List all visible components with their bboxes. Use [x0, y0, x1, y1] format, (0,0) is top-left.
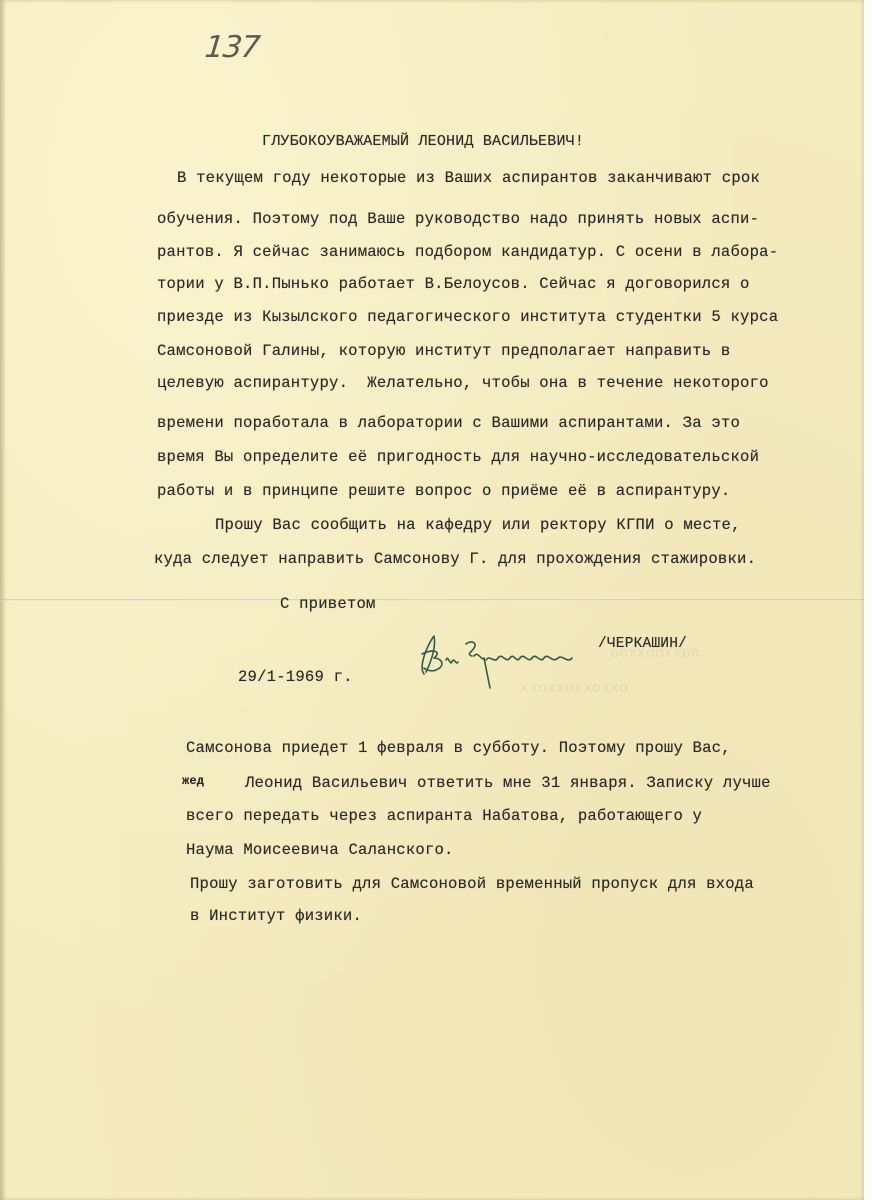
folio-number: 137	[203, 30, 261, 65]
closing: С приветом	[280, 595, 376, 613]
postscript-line: всего передать через аспиранта Набатова,…	[186, 807, 702, 825]
request-line: куда следует направить Самсонову Г. для …	[154, 550, 756, 568]
body-line: Самсоновой Галины, которую институт пред…	[157, 342, 730, 360]
body-line: приезде из Кызылского педагогического ин…	[157, 308, 778, 326]
scan-margin	[864, 0, 872, 1200]
postscript-line: Леонид Васильевич ответить мне 31 января…	[245, 774, 771, 792]
paper-fold-line	[0, 599, 864, 601]
body-line: обучения. Поэтому под Ваше руководство н…	[157, 210, 759, 228]
strikeout-text: жед	[182, 774, 204, 788]
show-through-text: ooxxooxxoo	[610, 645, 700, 662]
body-line: время Вы определите её пригодность для н…	[157, 448, 759, 466]
letter-date: 29/1-1969 г.	[238, 668, 353, 686]
postscript-line: Самсонова приедет 1 февраля в субботу. П…	[186, 739, 731, 757]
salutation: ГЛУБОКОУВАЖАЕМЫЙ ЛЕОНИД ВАСИЛЬЕВИЧ!	[262, 133, 584, 150]
postscript-line: в Институт физики.	[190, 907, 362, 925]
postscript-line: Наума Моисеевича Саланского.	[186, 841, 454, 859]
letter-page: 137 ГЛУБОКОУВАЖАЕМЫЙ ЛЕОНИД ВАСИЛЬЕВИЧ! …	[0, 0, 864, 1200]
show-through-text: xxoxxoxxoxxo	[520, 680, 628, 697]
body-line: В текущем году некоторые из Ваших аспира…	[177, 169, 760, 187]
postscript-line: Прошу заготовить для Самсоновой временны…	[190, 875, 754, 893]
body-line: времени поработала в лаборатории с Вашим…	[157, 414, 740, 432]
body-line: целевую аспирантуру. Желательно, чтобы о…	[157, 374, 769, 392]
body-line: тории у В.П.Пынько работает В.Белоусов. …	[157, 275, 750, 293]
body-line: работы и в принципе решите вопрос о приё…	[157, 482, 730, 500]
request-line: Прошу Вас сообщить на кафедру или ректор…	[215, 516, 741, 534]
body-line: рантов. Я сейчас занимаюсь подбором канд…	[157, 243, 778, 261]
